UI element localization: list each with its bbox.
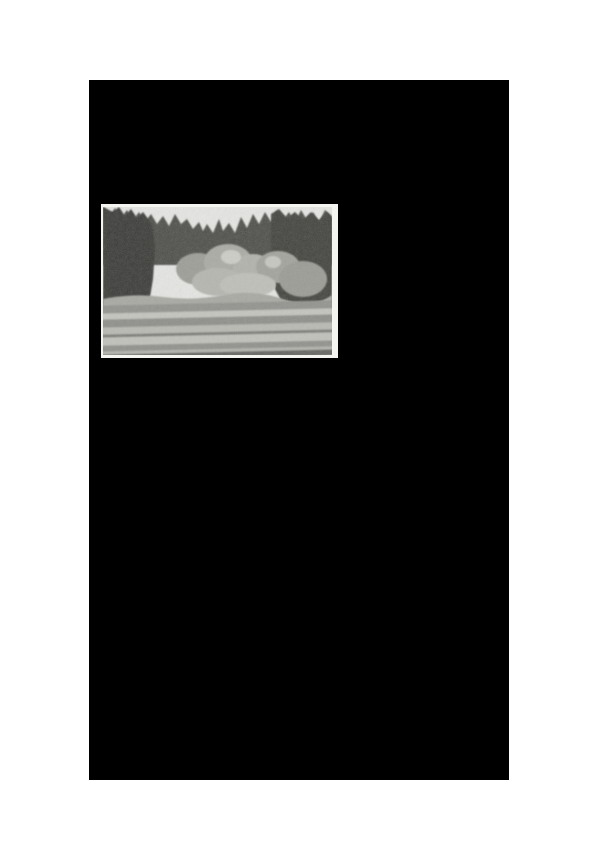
landscape-photo-image bbox=[103, 207, 332, 355]
landscape-photograph bbox=[101, 204, 338, 358]
black-content-region bbox=[89, 80, 509, 780]
document-page bbox=[0, 0, 595, 842]
